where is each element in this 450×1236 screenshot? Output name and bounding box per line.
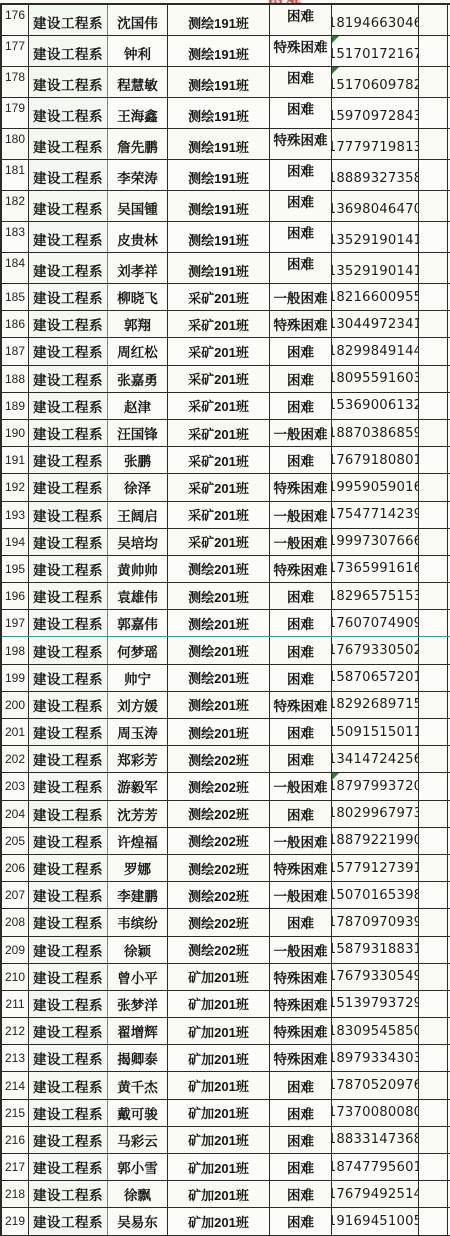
row-number-cell[interactable]: 212 <box>2 1018 29 1044</box>
phone-cell[interactable]: 15779127391 <box>332 855 419 881</box>
row-number-cell[interactable]: 190 <box>2 420 29 446</box>
empty-cell[interactable] <box>419 1018 448 1044</box>
class-cell[interactable]: 测绘191班 <box>168 253 270 283</box>
phone-cell[interactable]: 17870520976 <box>332 1072 419 1098</box>
row-number-cell[interactable]: 193 <box>2 502 29 528</box>
status-cell[interactable]: 困难 <box>270 393 332 419</box>
class-cell[interactable]: 测绘201班 <box>168 637 270 663</box>
empty-cell[interactable] <box>419 882 448 908</box>
class-cell[interactable]: 测绘201班 <box>168 665 270 691</box>
department-cell[interactable]: 建设工程系 <box>29 338 108 364</box>
row-number-cell[interactable]: 181 <box>2 160 29 190</box>
row-number-cell[interactable]: 215 <box>2 1100 29 1126</box>
name-cell[interactable]: 徐泽 <box>108 474 168 500</box>
empty-cell[interactable] <box>419 855 448 881</box>
row-number-cell[interactable]: 187 <box>2 338 29 364</box>
row-number-cell[interactable]: 183 <box>2 222 29 252</box>
class-cell[interactable]: 矿加201班 <box>168 964 270 990</box>
name-cell[interactable]: 马彩云 <box>108 1127 168 1153</box>
name-cell[interactable]: 张梦洋 <box>108 991 168 1017</box>
phone-cell[interactable]: 18833147368 <box>332 1127 419 1153</box>
row-number-cell[interactable]: 189 <box>2 393 29 419</box>
class-cell[interactable]: 采矿201班 <box>168 447 270 473</box>
department-cell[interactable]: 建设工程系 <box>29 67 108 97</box>
phone-cell[interactable]: 13529190141 <box>332 222 419 252</box>
empty-cell[interactable] <box>419 991 448 1017</box>
status-cell[interactable]: 困难 <box>270 447 332 473</box>
department-cell[interactable]: 建设工程系 <box>29 1045 108 1071</box>
status-cell[interactable]: 困难 <box>270 5 332 35</box>
name-cell[interactable]: 徐飘 <box>108 1181 168 1207</box>
phone-cell[interactable]: 15070165398 <box>332 882 419 908</box>
empty-cell[interactable] <box>419 1127 448 1153</box>
row-number-cell[interactable]: 218 <box>2 1181 29 1207</box>
name-cell[interactable]: 戴可骏 <box>108 1100 168 1126</box>
class-cell[interactable]: 测绘201班 <box>168 583 270 609</box>
status-cell[interactable]: 特殊困难 <box>270 129 332 159</box>
name-cell[interactable]: 郭小雪 <box>108 1154 168 1180</box>
row-number-cell[interactable]: 217 <box>2 1154 29 1180</box>
row-number-cell[interactable]: 195 <box>2 556 29 582</box>
phone-cell[interactable]: 19959059016 <box>332 474 419 500</box>
row-number-cell[interactable]: 207 <box>2 882 29 908</box>
class-cell[interactable]: 测绘202班 <box>168 801 270 827</box>
phone-cell[interactable]: 17370080080 <box>332 1100 419 1126</box>
row-number-cell[interactable]: 182 <box>2 191 29 221</box>
phone-cell[interactable]: 18979334303 <box>332 1045 419 1071</box>
row-number-cell[interactable]: 201 <box>2 719 29 745</box>
department-cell[interactable]: 建设工程系 <box>29 610 108 636</box>
phone-cell[interactable]: 17679330502 <box>332 637 419 663</box>
phone-cell[interactable]: 13529190141 <box>332 253 419 283</box>
name-cell[interactable]: 赵津 <box>108 393 168 419</box>
row-number-cell[interactable]: 204 <box>2 801 29 827</box>
phone-cell[interactable]: 17679492514 <box>332 1181 419 1207</box>
phone-cell[interactable]: 15170172167 <box>332 36 419 66</box>
status-cell[interactable]: 困难 <box>270 583 332 609</box>
empty-cell[interactable] <box>419 1154 448 1180</box>
department-cell[interactable]: 建设工程系 <box>29 1018 108 1044</box>
row-number-cell[interactable]: 205 <box>2 828 29 854</box>
class-cell[interactable]: 采矿201班 <box>168 529 270 555</box>
department-cell[interactable]: 建设工程系 <box>29 129 108 159</box>
department-cell[interactable]: 建设工程系 <box>29 222 108 252</box>
phone-cell[interactable]: 18299849144 <box>332 338 419 364</box>
empty-cell[interactable] <box>419 98 448 128</box>
status-cell[interactable]: 困难 <box>270 191 332 221</box>
status-cell[interactable]: 困难 <box>270 222 332 252</box>
status-cell[interactable]: 特殊困难 <box>270 36 332 66</box>
status-cell[interactable]: 困难 <box>270 338 332 364</box>
department-cell[interactable]: 建设工程系 <box>29 502 108 528</box>
phone-cell[interactable]: 15870657201 <box>332 665 419 691</box>
row-number-cell[interactable]: 188 <box>2 366 29 392</box>
status-cell[interactable]: 一般困难 <box>270 773 332 799</box>
status-cell[interactable]: 特殊困难 <box>270 556 332 582</box>
department-cell[interactable]: 建设工程系 <box>29 1208 108 1234</box>
empty-cell[interactable] <box>419 556 448 582</box>
phone-cell[interactable]: 18216600955 <box>332 284 419 310</box>
status-cell[interactable]: 困难 <box>270 1072 332 1098</box>
row-number-cell[interactable]: 192 <box>2 474 29 500</box>
status-cell[interactable]: 困难 <box>270 665 332 691</box>
phone-cell[interactable]: 18747795601 <box>332 1154 419 1180</box>
empty-cell[interactable] <box>419 583 448 609</box>
class-cell[interactable]: 测绘202班 <box>168 937 270 963</box>
status-cell[interactable]: 困难 <box>270 1208 332 1234</box>
status-cell[interactable]: 困难 <box>270 909 332 935</box>
class-cell[interactable]: 矿加201班 <box>168 991 270 1017</box>
class-cell[interactable]: 测绘191班 <box>168 191 270 221</box>
phone-cell[interactable]: 19169451005 <box>332 1208 419 1234</box>
row-number-cell[interactable]: 219 <box>2 1208 29 1234</box>
department-cell[interactable]: 建设工程系 <box>29 855 108 881</box>
row-number-cell[interactable]: 191 <box>2 447 29 473</box>
department-cell[interactable]: 建设工程系 <box>29 191 108 221</box>
name-cell[interactable]: 郭翔 <box>108 311 168 337</box>
phone-cell[interactable]: 17870970939 <box>332 909 419 935</box>
row-number-cell[interactable]: 210 <box>2 964 29 990</box>
empty-cell[interactable] <box>419 1072 448 1098</box>
department-cell[interactable]: 建设工程系 <box>29 366 108 392</box>
phone-cell[interactable]: 17547714239 <box>332 502 419 528</box>
department-cell[interactable]: 建设工程系 <box>29 828 108 854</box>
name-cell[interactable]: 程慧敏 <box>108 67 168 97</box>
row-number-cell[interactable]: 184 <box>2 253 29 283</box>
phone-cell[interactable]: 18797993720 <box>332 773 419 799</box>
status-cell[interactable]: 特殊困难 <box>270 1018 332 1044</box>
phone-cell[interactable]: 18889327358 <box>332 160 419 190</box>
empty-cell[interactable] <box>419 937 448 963</box>
name-cell[interactable]: 郑彩芳 <box>108 746 168 772</box>
name-cell[interactable]: 沈芳芳 <box>108 801 168 827</box>
empty-cell[interactable] <box>419 420 448 446</box>
class-cell[interactable]: 测绘191班 <box>168 67 270 97</box>
name-cell[interactable]: 李建鹏 <box>108 882 168 908</box>
phone-cell[interactable]: 15970972843 <box>332 98 419 128</box>
row-number-cell[interactable]: 196 <box>2 583 29 609</box>
department-cell[interactable]: 建设工程系 <box>29 665 108 691</box>
department-cell[interactable]: 建设工程系 <box>29 1181 108 1207</box>
status-cell[interactable]: 一般困难 <box>270 828 332 854</box>
name-cell[interactable]: 皮贵林 <box>108 222 168 252</box>
name-cell[interactable]: 吴国锺 <box>108 191 168 221</box>
class-cell[interactable]: 测绘191班 <box>168 160 270 190</box>
empty-cell[interactable] <box>419 311 448 337</box>
empty-cell[interactable] <box>419 1208 448 1234</box>
name-cell[interactable]: 郭嘉伟 <box>108 610 168 636</box>
class-cell[interactable]: 测绘191班 <box>168 222 270 252</box>
class-cell[interactable]: 测绘202班 <box>168 909 270 935</box>
empty-cell[interactable] <box>419 773 448 799</box>
empty-cell[interactable] <box>419 1181 448 1207</box>
phone-cell[interactable]: 18194663046 <box>332 5 419 35</box>
department-cell[interactable]: 建设工程系 <box>29 719 108 745</box>
phone-cell[interactable]: 18095591603 <box>332 366 419 392</box>
class-cell[interactable]: 测绘191班 <box>168 98 270 128</box>
status-cell[interactable]: 困难 <box>270 253 332 283</box>
department-cell[interactable]: 建设工程系 <box>29 1100 108 1126</box>
name-cell[interactable]: 罗娜 <box>108 855 168 881</box>
status-cell[interactable]: 特殊困难 <box>270 855 332 881</box>
empty-cell[interactable] <box>419 529 448 555</box>
phone-cell[interactable]: 18309545850 <box>332 1018 419 1044</box>
empty-cell[interactable] <box>419 366 448 392</box>
name-cell[interactable]: 吴易东 <box>108 1208 168 1234</box>
department-cell[interactable]: 建设工程系 <box>29 964 108 990</box>
status-cell[interactable]: 特殊困难 <box>270 692 332 718</box>
name-cell[interactable]: 揭卿泰 <box>108 1045 168 1071</box>
class-cell[interactable]: 测绘202班 <box>168 773 270 799</box>
department-cell[interactable]: 建设工程系 <box>29 1072 108 1098</box>
phone-cell[interactable]: 13044972341 <box>332 311 419 337</box>
department-cell[interactable]: 建设工程系 <box>29 5 108 35</box>
status-cell[interactable]: 特殊困难 <box>270 474 332 500</box>
status-cell[interactable]: 困难 <box>270 160 332 190</box>
row-number-cell[interactable]: 194 <box>2 529 29 555</box>
class-cell[interactable]: 测绘191班 <box>168 129 270 159</box>
department-cell[interactable]: 建设工程系 <box>29 1154 108 1180</box>
class-cell[interactable]: 矿加201班 <box>168 1181 270 1207</box>
row-number-cell[interactable]: 213 <box>2 1045 29 1071</box>
name-cell[interactable]: 李荣涛 <box>108 160 168 190</box>
empty-cell[interactable] <box>419 36 448 66</box>
name-cell[interactable]: 帅宁 <box>108 665 168 691</box>
empty-cell[interactable] <box>419 160 448 190</box>
class-cell[interactable]: 测绘201班 <box>168 556 270 582</box>
status-cell[interactable]: 困难 <box>270 67 332 97</box>
department-cell[interactable]: 建设工程系 <box>29 160 108 190</box>
row-number-cell[interactable]: 214 <box>2 1072 29 1098</box>
empty-cell[interactable] <box>419 191 448 221</box>
name-cell[interactable]: 黄千杰 <box>108 1072 168 1098</box>
department-cell[interactable]: 建设工程系 <box>29 773 108 799</box>
department-cell[interactable]: 建设工程系 <box>29 447 108 473</box>
department-cell[interactable]: 建设工程系 <box>29 420 108 446</box>
status-cell[interactable]: 一般困难 <box>270 529 332 555</box>
class-cell[interactable]: 采矿201班 <box>168 420 270 446</box>
empty-cell[interactable] <box>419 253 448 283</box>
empty-cell[interactable] <box>419 909 448 935</box>
class-cell[interactable]: 测绘201班 <box>168 692 270 718</box>
class-cell[interactable]: 采矿201班 <box>168 366 270 392</box>
class-cell[interactable]: 矿加201班 <box>168 1018 270 1044</box>
class-cell[interactable]: 矿加201班 <box>168 1127 270 1153</box>
status-cell[interactable]: 特殊困难 <box>270 991 332 1017</box>
department-cell[interactable]: 建设工程系 <box>29 311 108 337</box>
row-number-cell[interactable]: 203 <box>2 773 29 799</box>
name-cell[interactable]: 刘孝祥 <box>108 253 168 283</box>
empty-cell[interactable] <box>419 1045 448 1071</box>
name-cell[interactable]: 汪国锋 <box>108 420 168 446</box>
row-number-cell[interactable]: 176 <box>2 5 29 35</box>
empty-cell[interactable] <box>419 447 448 473</box>
name-cell[interactable]: 吴培均 <box>108 529 168 555</box>
phone-cell[interactable]: 18292689715 <box>332 692 419 718</box>
status-cell[interactable]: 困难 <box>270 719 332 745</box>
empty-cell[interactable] <box>419 474 448 500</box>
department-cell[interactable]: 建设工程系 <box>29 937 108 963</box>
department-cell[interactable]: 建设工程系 <box>29 474 108 500</box>
empty-cell[interactable] <box>419 284 448 310</box>
name-cell[interactable]: 周玉涛 <box>108 719 168 745</box>
department-cell[interactable]: 建设工程系 <box>29 556 108 582</box>
status-cell[interactable]: 困难 <box>270 98 332 128</box>
class-cell[interactable]: 矿加201班 <box>168 1045 270 1071</box>
row-number-cell[interactable]: 202 <box>2 746 29 772</box>
name-cell[interactable]: 沈国伟 <box>108 5 168 35</box>
department-cell[interactable]: 建设工程系 <box>29 1127 108 1153</box>
empty-cell[interactable] <box>419 746 448 772</box>
class-cell[interactable]: 矿加201班 <box>168 1208 270 1234</box>
row-number-cell[interactable]: 179 <box>2 98 29 128</box>
row-number-cell[interactable]: 178 <box>2 67 29 97</box>
empty-cell[interactable] <box>419 828 448 854</box>
empty-cell[interactable] <box>419 67 448 97</box>
status-cell[interactable]: 困难 <box>270 801 332 827</box>
empty-cell[interactable] <box>419 222 448 252</box>
status-cell[interactable]: 困难 <box>270 1100 332 1126</box>
name-cell[interactable]: 钟利 <box>108 36 168 66</box>
class-cell[interactable]: 测绘202班 <box>168 882 270 908</box>
empty-cell[interactable] <box>419 719 448 745</box>
department-cell[interactable]: 建设工程系 <box>29 583 108 609</box>
empty-cell[interactable] <box>419 5 448 35</box>
phone-cell[interactable]: 17607074909 <box>332 610 419 636</box>
phone-cell[interactable]: 19997307666 <box>332 529 419 555</box>
row-number-cell[interactable]: 206 <box>2 855 29 881</box>
phone-cell[interactable]: 15170609782 <box>332 67 419 97</box>
class-cell[interactable]: 采矿201班 <box>168 284 270 310</box>
empty-cell[interactable] <box>419 129 448 159</box>
phone-cell[interactable]: 18296575153 <box>332 583 419 609</box>
name-cell[interactable]: 徐颖 <box>108 937 168 963</box>
row-number-cell[interactable]: 216 <box>2 1127 29 1153</box>
phone-cell[interactable]: 17365991616 <box>332 556 419 582</box>
class-cell[interactable]: 矿加201班 <box>168 1072 270 1098</box>
department-cell[interactable]: 建设工程系 <box>29 746 108 772</box>
empty-cell[interactable] <box>419 964 448 990</box>
department-cell[interactable]: 建设工程系 <box>29 36 108 66</box>
department-cell[interactable]: 建设工程系 <box>29 637 108 663</box>
class-cell[interactable]: 采矿201班 <box>168 338 270 364</box>
class-cell[interactable]: 测绘191班 <box>168 5 270 35</box>
status-cell[interactable]: 困难 <box>270 366 332 392</box>
status-cell[interactable]: 一般困难 <box>270 937 332 963</box>
name-cell[interactable]: 王阔启 <box>108 502 168 528</box>
phone-cell[interactable]: 18870386859 <box>332 420 419 446</box>
name-cell[interactable]: 张嘉勇 <box>108 366 168 392</box>
row-number-cell[interactable]: 208 <box>2 909 29 935</box>
status-cell[interactable]: 特殊困难 <box>270 1045 332 1071</box>
name-cell[interactable]: 张鹏 <box>108 447 168 473</box>
row-number-cell[interactable]: 197 <box>2 610 29 636</box>
name-cell[interactable]: 王海鑫 <box>108 98 168 128</box>
status-cell[interactable]: 困难 <box>270 1127 332 1153</box>
class-cell[interactable]: 采矿201班 <box>168 311 270 337</box>
status-cell[interactable]: 困难 <box>270 610 332 636</box>
empty-cell[interactable] <box>419 637 448 663</box>
class-cell[interactable]: 采矿201班 <box>168 502 270 528</box>
department-cell[interactable]: 建设工程系 <box>29 529 108 555</box>
row-number-cell[interactable]: 209 <box>2 937 29 963</box>
status-cell[interactable]: 困难 <box>270 1181 332 1207</box>
row-number-cell[interactable]: 199 <box>2 665 29 691</box>
status-cell[interactable]: 困难 <box>270 637 332 663</box>
name-cell[interactable]: 曾小平 <box>108 964 168 990</box>
class-cell[interactable]: 矿加201班 <box>168 1100 270 1126</box>
status-cell[interactable]: 一般困难 <box>270 502 332 528</box>
class-cell[interactable]: 矿加201班 <box>168 1154 270 1180</box>
row-number-cell[interactable]: 186 <box>2 311 29 337</box>
department-cell[interactable]: 建设工程系 <box>29 692 108 718</box>
phone-cell[interactable]: 15879318831 <box>332 937 419 963</box>
empty-cell[interactable] <box>419 338 448 364</box>
class-cell[interactable]: 采矿201班 <box>168 474 270 500</box>
phone-cell[interactable]: 17779719813 <box>332 129 419 159</box>
phone-cell[interactable]: 13414724256 <box>332 746 419 772</box>
phone-cell[interactable]: 18879221990 <box>332 828 419 854</box>
department-cell[interactable]: 建设工程系 <box>29 284 108 310</box>
status-cell[interactable]: 一般困难 <box>270 420 332 446</box>
empty-cell[interactable] <box>419 393 448 419</box>
department-cell[interactable]: 建设工程系 <box>29 882 108 908</box>
name-cell[interactable]: 许煌福 <box>108 828 168 854</box>
name-cell[interactable]: 黄帅帅 <box>108 556 168 582</box>
phone-cell[interactable]: 17679180801 <box>332 447 419 473</box>
phone-cell[interactable]: 15091515011 <box>332 719 419 745</box>
status-cell[interactable]: 困难 <box>270 746 332 772</box>
status-cell[interactable]: 特殊困难 <box>270 311 332 337</box>
phone-cell[interactable]: 17679330549 <box>332 964 419 990</box>
department-cell[interactable]: 建设工程系 <box>29 909 108 935</box>
name-cell[interactable]: 周红松 <box>108 338 168 364</box>
name-cell[interactable]: 袁雄伟 <box>108 583 168 609</box>
empty-cell[interactable] <box>419 801 448 827</box>
status-cell[interactable]: 困难 <box>270 1154 332 1180</box>
empty-cell[interactable] <box>419 665 448 691</box>
row-number-cell[interactable]: 185 <box>2 284 29 310</box>
department-cell[interactable]: 建设工程系 <box>29 98 108 128</box>
department-cell[interactable]: 建设工程系 <box>29 991 108 1017</box>
phone-cell[interactable]: 15139793729 <box>332 991 419 1017</box>
empty-cell[interactable] <box>419 610 448 636</box>
empty-cell[interactable] <box>419 692 448 718</box>
phone-cell[interactable]: 15369006132 <box>332 393 419 419</box>
empty-cell[interactable] <box>419 1100 448 1126</box>
name-cell[interactable]: 刘方媛 <box>108 692 168 718</box>
row-number-cell[interactable]: 211 <box>2 991 29 1017</box>
name-cell[interactable]: 韦缤纷 <box>108 909 168 935</box>
name-cell[interactable]: 翟增辉 <box>108 1018 168 1044</box>
name-cell[interactable]: 游毅军 <box>108 773 168 799</box>
class-cell[interactable]: 采矿201班 <box>168 393 270 419</box>
class-cell[interactable]: 测绘202班 <box>168 828 270 854</box>
phone-cell[interactable]: 18029967973 <box>332 801 419 827</box>
name-cell[interactable]: 詹先鹏 <box>108 129 168 159</box>
row-number-cell[interactable]: 177 <box>2 36 29 66</box>
name-cell[interactable]: 何梦瑶 <box>108 637 168 663</box>
row-number-cell[interactable]: 180 <box>2 129 29 159</box>
department-cell[interactable]: 建设工程系 <box>29 253 108 283</box>
class-cell[interactable]: 测绘201班 <box>168 610 270 636</box>
status-cell[interactable]: 特殊困难 <box>270 964 332 990</box>
class-cell[interactable]: 测绘202班 <box>168 855 270 881</box>
status-cell[interactable]: 一般困难 <box>270 882 332 908</box>
row-number-cell[interactable]: 200 <box>2 692 29 718</box>
class-cell[interactable]: 测绘191班 <box>168 36 270 66</box>
department-cell[interactable]: 建设工程系 <box>29 801 108 827</box>
